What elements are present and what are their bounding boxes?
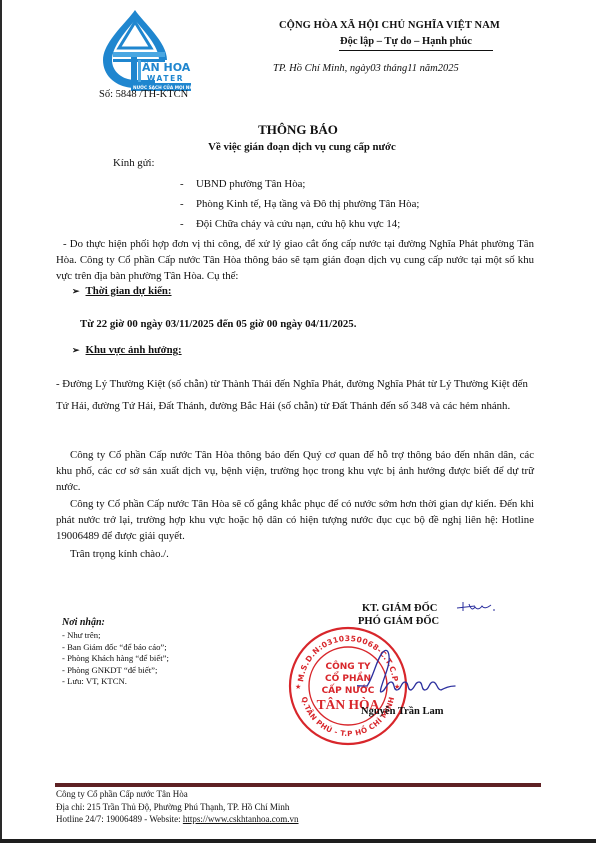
signature-title-director: KT. GIÁM ĐỐC bbox=[362, 603, 437, 614]
recipient-item: -UBND phường Tân Hòa; bbox=[180, 177, 419, 197]
footer-company: Công ty Cổ phần Cấp nước Tân Hòa bbox=[56, 788, 299, 801]
recipient-item: -Đội Chữa cháy và cứu nạn, cứu hộ khu vự… bbox=[180, 217, 419, 237]
notice-paragraph: Công ty Cổ phần Cấp nước Tân Hòa thông b… bbox=[56, 447, 534, 496]
hotline-paragraph: Công ty Cổ phần Cấp nước Tân Hòa sẽ cố g… bbox=[56, 496, 534, 545]
arrow-bullet-icon: ➢ bbox=[72, 345, 80, 356]
handwritten-signature-icon bbox=[357, 648, 482, 700]
company-logo: ÂN HOA WATER NƯỚC SẠCH CỦA MỌI NHÀ bbox=[95, 8, 207, 92]
signer-name: Nguyễn Trần Lam bbox=[361, 706, 443, 717]
national-motto: Độc lập – Tự do – Hạnh phúc bbox=[340, 36, 472, 47]
website-link[interactable]: https://www.cskhtanhoa.com.vn bbox=[183, 814, 299, 824]
footer: Công ty Cổ phần Cấp nước Tân Hòa Địa chỉ… bbox=[56, 788, 299, 826]
receiver-item: - Phòng GNKDT “để biết”; bbox=[62, 665, 169, 677]
time-range: Từ 22 giờ 00 ngày 03/11/2025 đến 05 giờ … bbox=[80, 318, 356, 330]
footer-rule bbox=[55, 783, 541, 787]
national-title: CỘNG HÒA XÃ HỘI CHỦ NGHĨA VIỆT NAM bbox=[279, 20, 500, 31]
receiver-item: - Ban Giám đốc “để báo cáo”; bbox=[62, 642, 169, 654]
document-subtitle: Về việc gián đoạn dịch vụ cung cấp nước bbox=[0, 141, 596, 153]
receiver-item: - Lưu: VT, KTCN. bbox=[62, 676, 169, 688]
receivers-title: Nơi nhận: bbox=[62, 617, 105, 628]
document-title: THÔNG BÁO bbox=[0, 122, 596, 138]
receiver-item: - Phòng Khách hàng “để biết”; bbox=[62, 653, 169, 665]
svg-text:★: ★ bbox=[295, 683, 301, 691]
place-date: TP. Hồ Chí Minh, ngày03 tháng11 năm2025 bbox=[273, 63, 459, 74]
motto-underline bbox=[339, 50, 493, 51]
closing-line: Trân trọng kính chào./. bbox=[70, 548, 169, 560]
footer-address: Địa chỉ: 215 Trần Thủ Độ, Phường Phú Thạ… bbox=[56, 801, 299, 814]
section-area-heading: ➢ Khu vực ảnh hưởng: bbox=[72, 344, 182, 356]
viewer-bottom-bar bbox=[0, 839, 596, 843]
recipient-item: -Phòng Kinh tế, Hạ tầng và Đô thị phường… bbox=[180, 197, 419, 217]
recipient-list: -UBND phường Tân Hòa; -Phòng Kinh tế, Hạ… bbox=[180, 177, 419, 237]
receiver-item: - Như trên; bbox=[62, 630, 169, 642]
intro-paragraph: - Do thực hiện phối hợp đơn vị thi công,… bbox=[56, 236, 534, 285]
footer-contact: Hotline 24/7: 19006489 - Website: https:… bbox=[56, 813, 299, 826]
affected-area-text: - Đường Lý Thường Kiệt (số chẵn) từ Thàn… bbox=[56, 373, 534, 417]
section-time-heading: ➢ Thời gian dự kiến: bbox=[72, 285, 172, 297]
document-number: Số: 5848 /TH-KTCN bbox=[99, 89, 188, 100]
svg-text:WATER: WATER bbox=[147, 74, 184, 83]
greeting: Kính gửi: bbox=[113, 157, 155, 169]
receivers-list: - Như trên; - Ban Giám đốc “để báo cáo”;… bbox=[62, 630, 169, 688]
arrow-bullet-icon: ➢ bbox=[72, 286, 80, 297]
initials-mark-icon bbox=[455, 598, 505, 614]
water-drop-logo-icon: ÂN HOA WATER NƯỚC SẠCH CỦA MỌI NHÀ bbox=[95, 8, 207, 92]
svg-text:ÂN HOA: ÂN HOA bbox=[142, 61, 191, 74]
